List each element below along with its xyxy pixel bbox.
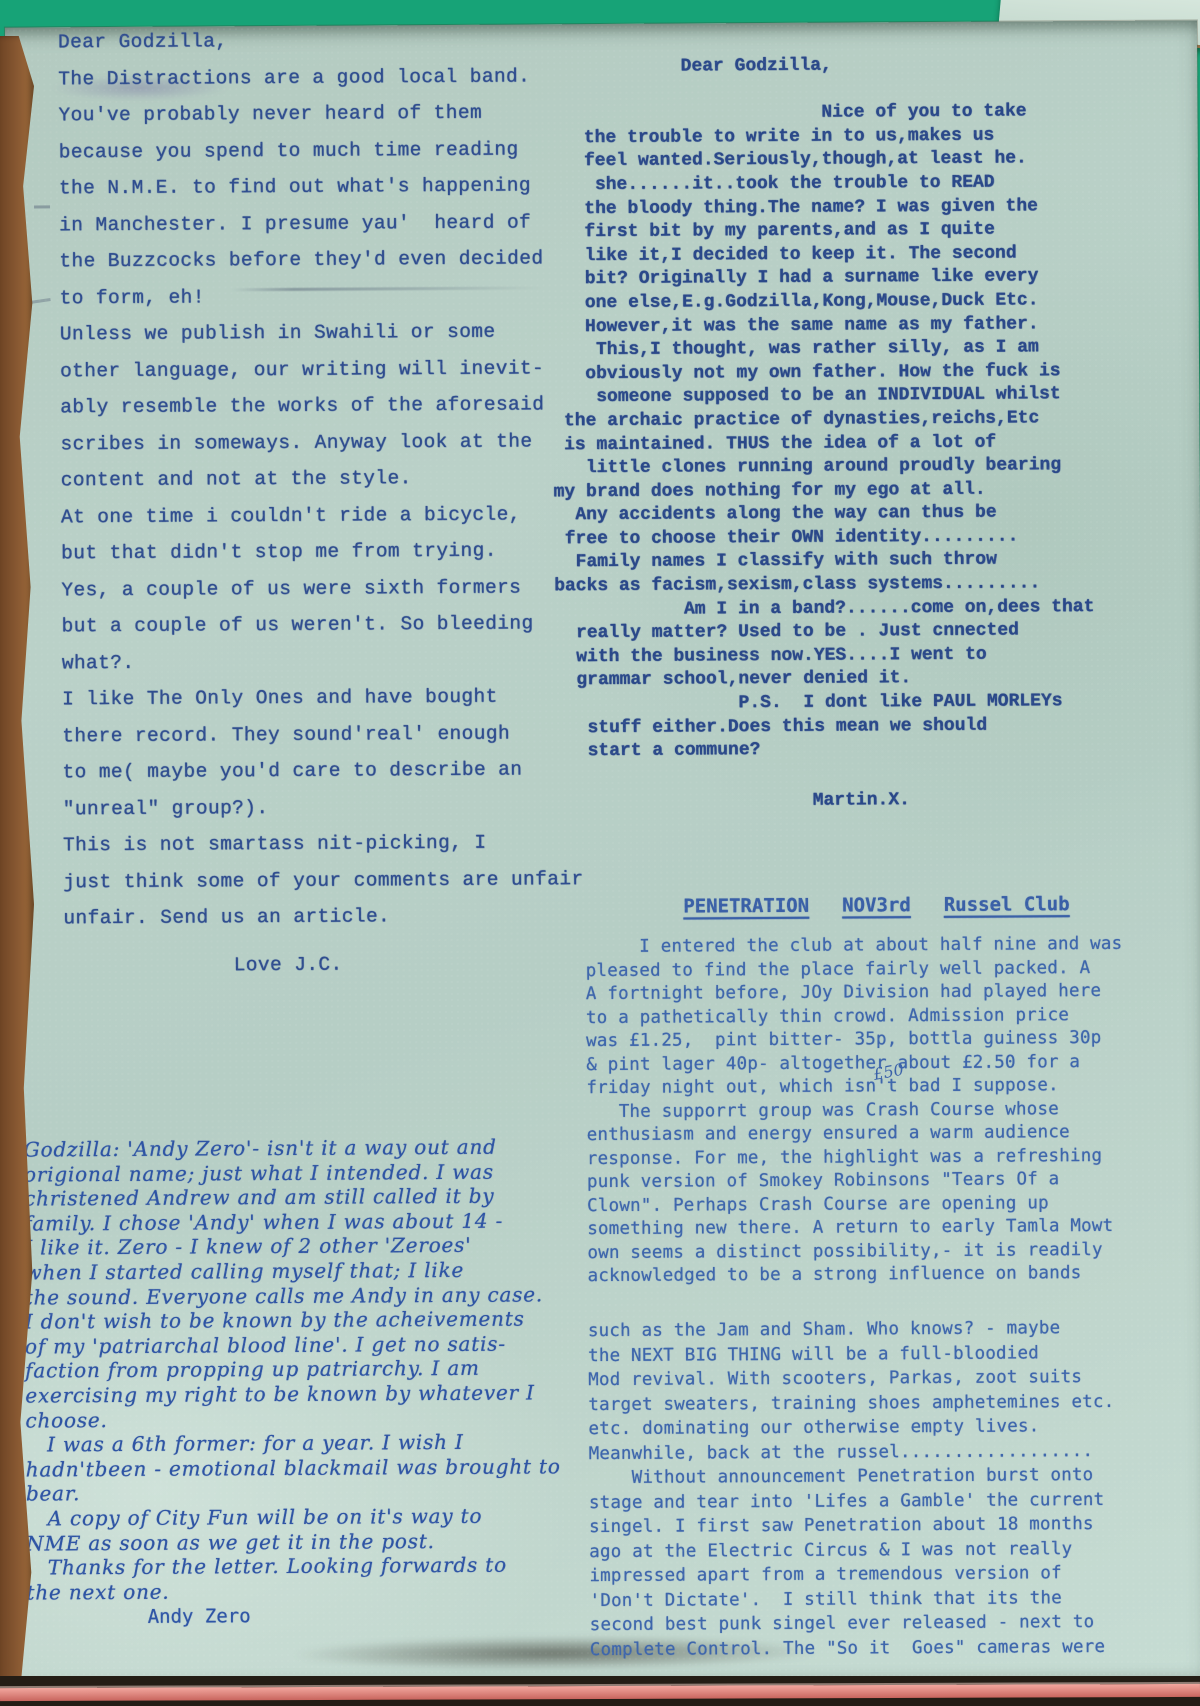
right-letter-signature: Martin.X. (813, 788, 910, 813)
left-letter-signature: Love J.C. (234, 952, 343, 979)
review-heading-date: NOV3rd (842, 892, 911, 918)
review-heading: PENETRATION NOV3rd Russel Club (683, 891, 1069, 919)
left-letter-body: Dear Godzilla, The Distractions are a go… (58, 21, 584, 937)
godzilla-reply-body: Godzilla: 'Andy Zero'- isn't it a way ou… (24, 1134, 562, 1605)
pencil-mark (34, 205, 50, 208)
review-paragraph-2: such as the Jam and Sham. Who knows? - m… (588, 1316, 1116, 1662)
review-heading-band: PENETRATION (683, 893, 809, 920)
review-heading-venue: Russel Club (944, 891, 1070, 918)
right-letter-body: Dear Godzilla, Nice of you to take the t… (540, 53, 1095, 764)
pencil-mark (30, 298, 50, 304)
paper: Dear Godzilla, The Distractions are a go… (5, 20, 1200, 1687)
review-paragraph-1: I entered the club at about half nine an… (586, 933, 1125, 1289)
godzilla-reply-signature: Andy Zero (148, 1604, 251, 1629)
